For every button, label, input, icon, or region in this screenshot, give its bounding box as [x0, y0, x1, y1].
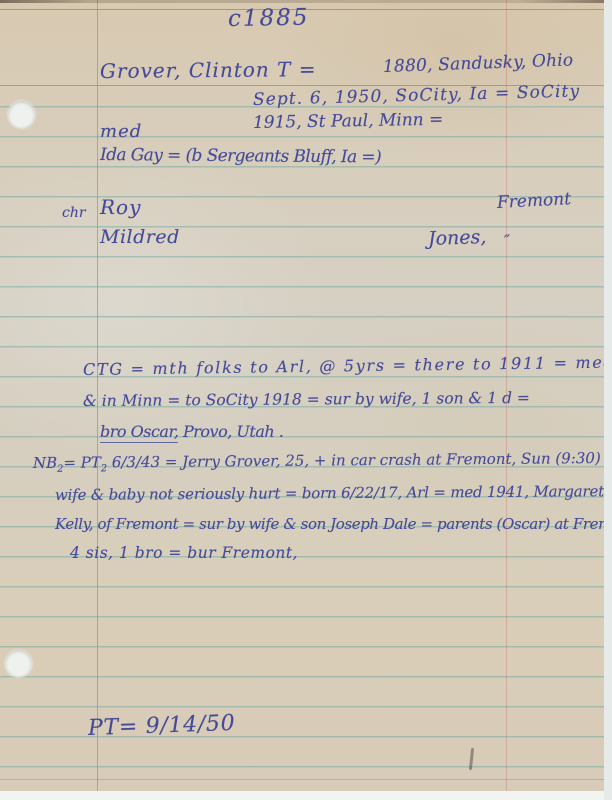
bottom-red-line: [0, 779, 604, 780]
pt-abbrev: = PT: [63, 453, 101, 471]
nb-note-line-2: wife & baby not seriously hurt = born 6/…: [55, 482, 604, 504]
nb-note-line-4: 4 sis, 1 bro = bur Fremont,: [70, 544, 298, 562]
scan-bottom-edge: [0, 791, 604, 800]
nb-note-line-3: Kelly, of Fremont = sur by wife & son Jo…: [55, 515, 612, 533]
biography-line-2: & in Minn = to SoCity 1918 = sur by wife…: [83, 389, 530, 410]
child-spouse-jones: Jones,: [428, 226, 487, 250]
entry-name: Grover, Clinton T =: [100, 57, 317, 83]
underlined-bro-oscar: bro Oscar,: [100, 422, 178, 443]
hole-punch-bottom: [5, 650, 32, 677]
scan-top-edge: [0, 0, 612, 3]
spouse-name: Ida Gay = (b Sergeants Bluff, Ia =): [100, 145, 381, 167]
paper-right-edge: [604, 0, 612, 800]
child-place-fremont: Fremont: [496, 189, 571, 213]
hole-punch-top: [8, 101, 35, 128]
circa-date-annotation: c1885: [228, 5, 310, 32]
biography-line-3-rest: Provo, Utah .: [178, 422, 283, 441]
research-date: PT= 9/14/50: [88, 711, 236, 741]
children-abbrev: chr: [62, 205, 86, 221]
nb-abbrev: NB: [33, 454, 57, 472]
child-name-mildred: Mildred: [100, 226, 180, 248]
biography-line-3: bro Oscar, Provo, Utah .: [100, 422, 283, 441]
nb-note-line-1-rest: 6/3/43 = Jerry Grover, 25, + in car cras…: [107, 449, 601, 471]
marriage-abbrev: med: [100, 121, 142, 142]
ditto-mark: ″: [504, 231, 510, 250]
marriage-date-place: 1915, St Paul, Minn =: [253, 110, 444, 133]
child-name-roy: Roy: [100, 195, 141, 219]
